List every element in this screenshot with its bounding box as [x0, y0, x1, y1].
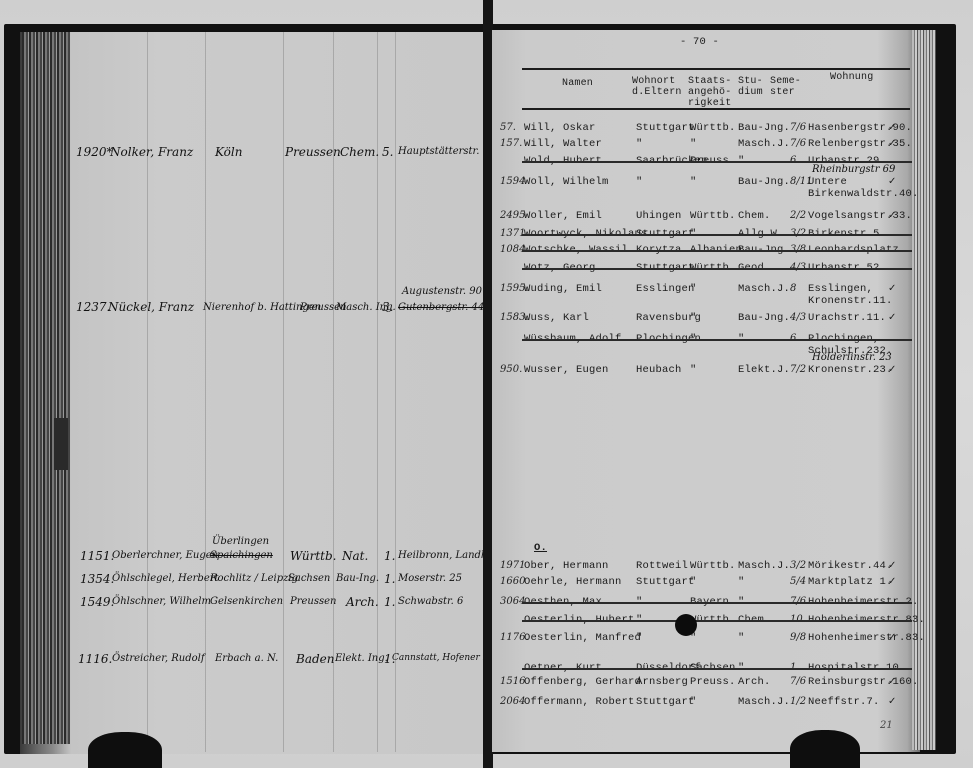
section-letter: O. — [534, 542, 547, 554]
entry-number: 1549. — [80, 595, 114, 609]
entry-parents-struck: Spaichingen — [210, 550, 273, 561]
check-mark-icon: ✓ — [888, 122, 896, 133]
entry-name: Wuss, Karl — [524, 312, 589, 324]
entry-number: 1116. — [78, 652, 112, 666]
entry-address: Vogelsangstr.33. — [808, 210, 912, 222]
entry-sem: 4/3 — [790, 312, 806, 323]
strike-through-line — [522, 234, 912, 236]
entry-sem: 5/4 — [790, 576, 806, 587]
entry-parents: Stuttgart — [636, 576, 695, 588]
entry-address: Relenbergstr.35. — [808, 138, 912, 150]
entry-name: Östreicher, Rudolf — [112, 653, 205, 664]
entry-number: 1354. — [80, 572, 114, 586]
header-study: Stu- dium — [738, 76, 763, 98]
entry-sem: 1/2 — [790, 696, 806, 707]
entry-state: Preussen — [285, 145, 341, 159]
entry-name: Oberlerchner, Eugen — [112, 550, 218, 561]
entry-parents: Gelsenkirchen — [210, 596, 283, 607]
entry-name: Offenberg, Gerhard — [524, 676, 641, 688]
entry-sem: 2/2 — [790, 210, 806, 221]
entry-study: Masch.J. — [738, 696, 790, 708]
entry-study: " — [738, 632, 745, 644]
column-rule — [147, 32, 148, 752]
left-page — [20, 32, 484, 754]
header-rule-top — [522, 68, 910, 70]
entry-name: Wuding, Emil — [524, 283, 602, 295]
entry-address: Schwabstr. 6 — [398, 596, 463, 607]
entry-address-note: Rheinburgstr 69 — [812, 164, 895, 175]
entry-study: Chem. — [340, 145, 379, 159]
entry-sem: 7/6 — [790, 676, 806, 687]
entry-parents: Esslingen — [636, 283, 695, 295]
entry-no: 2495 — [500, 210, 525, 221]
entry-study: Bau-Jng. — [738, 122, 790, 134]
entry-state: Preuss. — [690, 676, 736, 688]
check-mark-icon: ✓ — [888, 210, 896, 221]
entry-address: Hasenbergstr.90. — [808, 122, 912, 134]
entry-parents: Köln — [215, 145, 242, 159]
entry-study: Bau-Jng. — [738, 312, 790, 324]
header-name: Namen — [562, 78, 593, 89]
entry-address-note: Hölderlinstr. 23 — [812, 352, 892, 363]
entry-parents: Erbach a. N. — [215, 653, 278, 664]
corner-pencil-mark: 21 — [880, 720, 893, 731]
entry-study: Masch.J. — [738, 560, 790, 572]
entry-address: Augustenstr. 90 — [402, 286, 482, 297]
entry-study: Arch. — [346, 595, 379, 609]
entry-name: Öhlschlegel, Herbert — [112, 573, 219, 584]
check-mark-icon: ✓ — [888, 138, 896, 149]
entry-number: 1237. — [76, 300, 110, 314]
check-mark-icon: ✓ — [888, 176, 896, 187]
entry-state: " — [690, 364, 697, 376]
entry-no: 157. — [500, 138, 522, 149]
entry-name: Ober, Hermann — [524, 560, 609, 572]
entry-sem: 7/2 — [790, 364, 806, 375]
entry-sem: 8 — [790, 283, 796, 294]
entry-parents: " — [636, 176, 643, 188]
entry-state: " — [690, 138, 697, 150]
entry-study: Masch.J. — [738, 138, 790, 150]
entry-name: Offermann, Robert — [524, 696, 635, 708]
check-mark-icon: ✓ — [888, 364, 896, 375]
entry-name: Öhlschner, Wilhelm — [112, 596, 211, 607]
entry-sem: 7/6 — [790, 122, 806, 133]
entry-state: Württb. — [690, 560, 736, 572]
entry-study: Masch.J. — [738, 283, 790, 295]
entry-address-struck: Gutenbergstr. 44 — [398, 302, 484, 313]
strike-through-line — [522, 620, 912, 622]
entry-name: Nückel, Franz — [108, 300, 194, 314]
check-mark-icon: ✓ — [888, 676, 896, 687]
left-thumb — [88, 732, 162, 768]
check-mark-icon: ✓ — [888, 696, 896, 707]
entry-no: 950. — [500, 364, 522, 375]
entry-parents: Stuttgart — [636, 696, 695, 708]
entry-parents: Arnsberg — [636, 676, 688, 688]
entry-address: Neeffstr.7. — [808, 696, 880, 708]
entry-semester: 3. — [382, 300, 393, 314]
entry-name: Will, Oskar — [524, 122, 596, 134]
entry-name: Nolker, Franz — [110, 145, 193, 159]
header-parents-residence: Wohnort d.Eltern — [632, 76, 682, 98]
entry-no: 1660 — [500, 576, 525, 587]
entry-no: 57. — [500, 122, 516, 133]
check-mark-icon: ✓ — [888, 312, 896, 323]
header-citizenship: Staats- angehö- rigkeit — [688, 76, 731, 109]
column-rule — [205, 32, 206, 752]
index-tab — [54, 418, 68, 470]
entry-name: Woller, Emil — [524, 210, 602, 222]
entry-no: 1594 — [500, 176, 525, 187]
entry-name: Woll, Wilhelm — [524, 176, 609, 188]
entry-state: Baden — [296, 652, 334, 666]
entry-state: " — [690, 696, 697, 708]
column-rule — [283, 32, 284, 752]
entry-name: Oesterlin, Manfred — [524, 632, 641, 644]
punch-hole — [675, 614, 697, 636]
entry-semester: 1. — [384, 549, 395, 563]
entry-address: Marktplatz 1. — [808, 576, 893, 588]
entry-parents: Rottweil — [636, 560, 688, 572]
entry-address: Esslingen, Kronenstr.11. — [808, 283, 912, 307]
strike-through-line — [522, 602, 912, 604]
entry-parents: " — [636, 138, 643, 150]
entry-sem: 3/2 — [790, 560, 806, 571]
header-semester: Seme- ster — [770, 76, 801, 98]
strike-through-line — [522, 161, 912, 163]
entry-no: 2064 — [500, 696, 525, 707]
entry-name: Will, Walter — [524, 138, 602, 150]
entry-address: Mörikestr.44. — [808, 560, 893, 572]
header-residence: Wohnung — [830, 72, 873, 83]
entry-study: Chem. — [738, 210, 771, 222]
entry-study: Nat. — [342, 549, 368, 563]
entry-parents: Stuttgart — [636, 122, 695, 134]
entry-semester: 5. — [382, 145, 393, 159]
entry-semester: 1. — [384, 595, 395, 609]
entry-address: Urachstr.11. — [808, 312, 886, 324]
entry-address: Reinsburgstr.160. — [808, 676, 912, 688]
entry-study: " — [738, 576, 745, 588]
entry-address: Kronenstr.23. — [808, 364, 893, 376]
column-rule — [377, 32, 378, 752]
check-mark-icon: ✓ — [888, 576, 896, 587]
entry-number: 1920* — [76, 145, 113, 159]
entry-address: Untere Birkenwaldstr.40. — [808, 176, 912, 200]
entry-name: Oehrle, Hermann — [524, 576, 622, 588]
strike-through-line — [522, 339, 912, 341]
entry-sem: 9/8 — [790, 632, 806, 643]
entry-study: Elekt. Ing. — [335, 653, 388, 664]
entry-study: Elekt.J. — [738, 364, 790, 376]
check-mark-icon: ✓ — [888, 632, 896, 643]
right-thumb — [790, 730, 860, 768]
strike-through-line — [522, 268, 912, 270]
entry-no: 1971 — [500, 560, 525, 571]
entry-study: Bau-Jng. — [738, 176, 790, 188]
column-rule — [333, 32, 334, 752]
header-rule-bottom — [522, 108, 910, 110]
page-edge-stack — [22, 32, 70, 744]
entry-parents: Heubach — [636, 364, 682, 376]
entry-state: Württb. — [690, 122, 736, 134]
entry-state: " — [690, 176, 697, 188]
entry-state: " — [690, 576, 697, 588]
entry-state: " — [690, 312, 697, 324]
entry-parents: Überlingen — [212, 536, 269, 547]
strike-through-line — [522, 250, 912, 252]
column-rule — [395, 32, 396, 752]
entry-address: Moserstr. 25 — [398, 573, 462, 584]
strike-through-line — [522, 668, 912, 670]
check-mark-icon: ✓ — [888, 283, 896, 294]
entry-study: Arch. — [738, 676, 771, 688]
entry-state: Preussen — [290, 596, 337, 607]
page-number: - 70 - — [680, 36, 719, 48]
entry-state: Sachsen — [288, 573, 330, 584]
check-mark-icon: ✓ — [888, 560, 896, 571]
entry-parents: Uhingen — [636, 210, 682, 222]
entry-state: Württb. — [690, 210, 736, 222]
entry-semester: 1. — [384, 572, 395, 586]
entry-parents: Rochlitz / Leipzig — [210, 573, 298, 584]
entry-address: Hohenheimerstr.83. — [808, 632, 912, 644]
entry-sem: 7/6 — [790, 138, 806, 149]
entry-study: Bau-Ing. — [336, 573, 379, 584]
entry-name: Wusser, Eugen — [524, 364, 609, 376]
entry-parents: " — [636, 632, 643, 644]
entry-no: 1516 — [500, 676, 525, 687]
entry-number: 1151. — [80, 549, 114, 563]
entry-state: " — [690, 283, 697, 295]
entry-state: Württb. — [290, 549, 336, 563]
